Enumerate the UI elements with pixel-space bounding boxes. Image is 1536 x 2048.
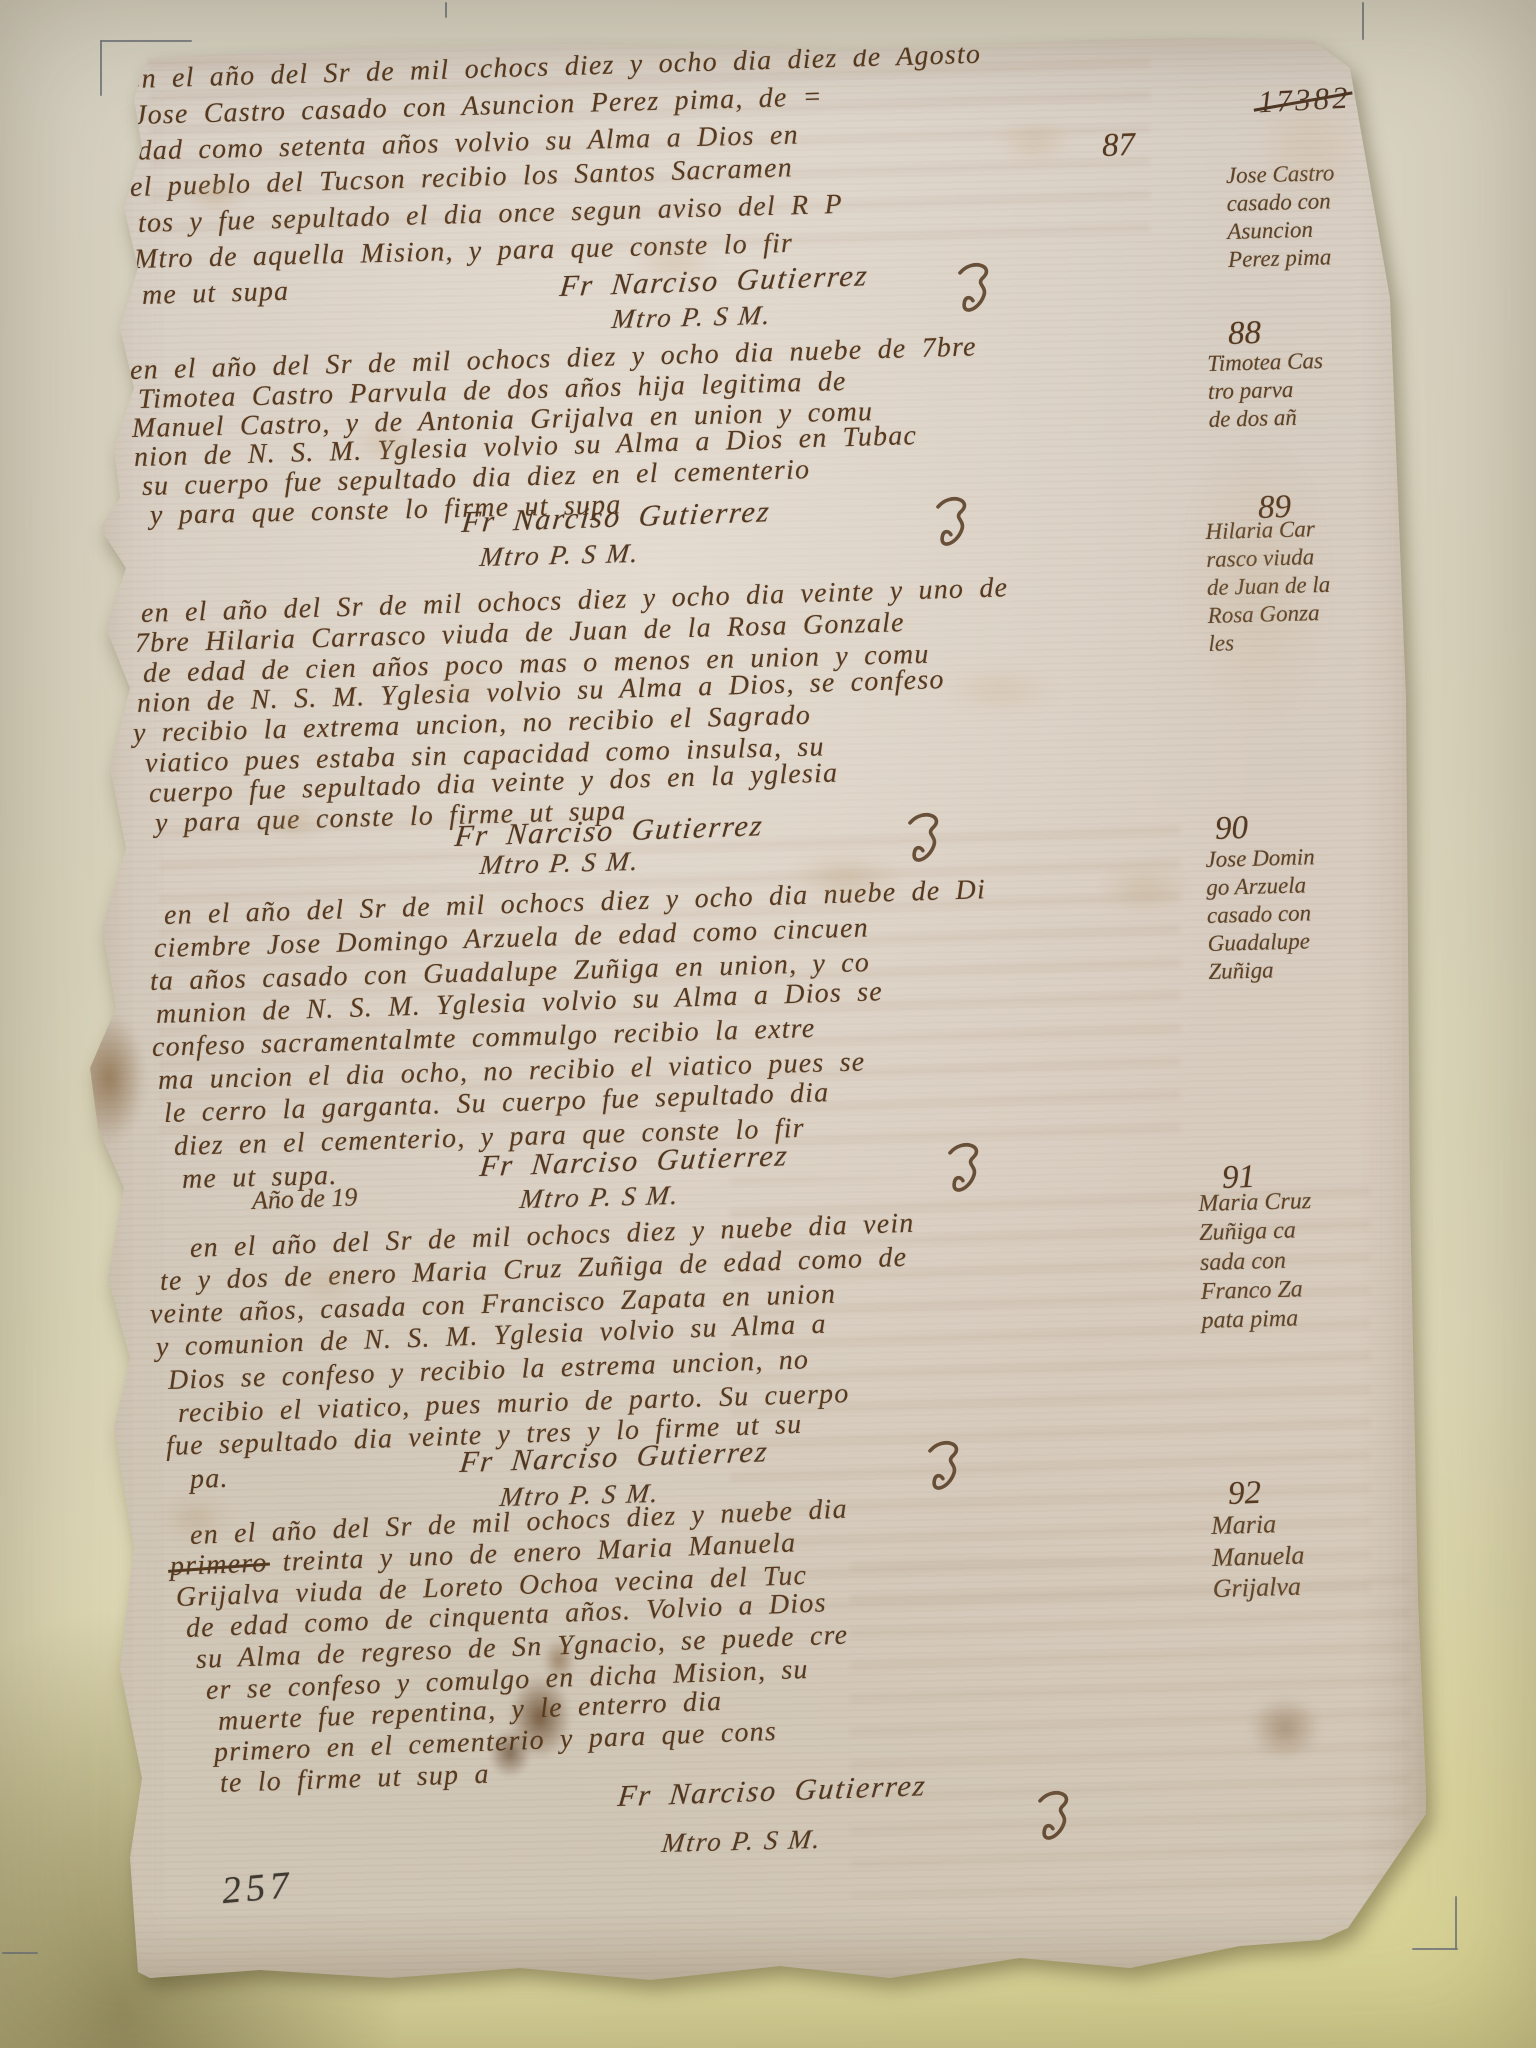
entry-88-margin-number: 88 — [1227, 315, 1261, 353]
struck-word: primero — [169, 1547, 268, 1582]
entry-91-line-8: pa. — [189, 1463, 229, 1496]
folio-number: 257 — [220, 1863, 296, 1913]
pencil-tick-top-right — [1362, 2, 1364, 40]
paper-shadow-wrap: 17382 en el año del Sr de mil ochocs die… — [0, 0, 1536, 2048]
entry-90-signature-title: Mtro P. S M. — [518, 1180, 681, 1215]
pencil-corner-mark-bottom-right-vertical — [1455, 1896, 1457, 1950]
pencil-corner-mark-top-left — [100, 40, 192, 42]
entry-88-margin-note: Timotea Cas tro parva de dos añ — [1207, 347, 1325, 434]
entry-90-margin-number: 90 — [1214, 810, 1248, 848]
rubric-flourish-icon — [902, 810, 948, 877]
stain — [72, 1013, 146, 1143]
entry-87-margin-number: 87 — [1101, 127, 1135, 165]
entry-92-margin-number: 92 — [1227, 1475, 1261, 1513]
entry-87-signature-title: Mtro P. S M. — [610, 300, 773, 335]
entry-87-line-7: me ut supa — [142, 276, 290, 312]
entry-87-signature: Fr Narciso Gutierrez — [558, 259, 870, 304]
entry-90-margin-note: Jose Domin go Arzuela casado con Guadalu… — [1205, 843, 1318, 986]
pencil-tick-top-center — [445, 2, 447, 18]
ink-bleedthrough — [850, 1558, 1410, 1898]
pencil-corner-mark-bottom-right — [1412, 1948, 1458, 1950]
stain — [1100, 866, 1190, 912]
stain — [1248, 1696, 1322, 1760]
stain — [995, 120, 1075, 164]
entry-91-margin-note: Maria Cruz Zuñiga ca sada con Franco Za … — [1198, 1187, 1314, 1336]
rubric-flourish-icon — [1032, 1788, 1078, 1855]
archival-number: 17382 — [1257, 80, 1351, 121]
rubric-flourish-icon — [922, 1438, 968, 1505]
entry-92-margin-note: Maria Manuela Grijalva — [1211, 1508, 1306, 1606]
pencil-corner-mark-bottom-left — [2, 1952, 38, 1954]
stain — [940, 668, 1060, 712]
entry-87-line-1: en el año del Sr de mil ochocs diez y oc… — [128, 39, 982, 96]
entry-89-margin-note: Hilaria Car rasco viuda de Juan de la Ro… — [1205, 515, 1332, 658]
rubric-flourish-icon — [930, 494, 976, 561]
entry-88-signature-title: Mtro P. S M. — [478, 538, 641, 573]
manuscript-photo: 17382 en el año del Sr de mil ochocs die… — [0, 0, 1536, 2048]
rubric-flourish-icon — [952, 260, 998, 327]
pencil-corner-mark-top-left-vertical — [100, 40, 102, 96]
manuscript-page: 17382 en el año del Sr de mil ochocs die… — [90, 28, 1440, 1988]
entry-89-signature-title: Mtro P. S M. — [478, 846, 641, 881]
entry-90-year-annotation: Año de 19 — [251, 1182, 357, 1216]
rubric-flourish-icon — [942, 1140, 988, 1207]
entry-92-signature: Fr Narciso Gutierrez — [616, 1769, 928, 1814]
entry-87-margin-note: Jose Castro casado con Asuncion Perez pi… — [1226, 159, 1337, 274]
entry-92-signature-title: Mtro P. S M. — [660, 1824, 823, 1859]
